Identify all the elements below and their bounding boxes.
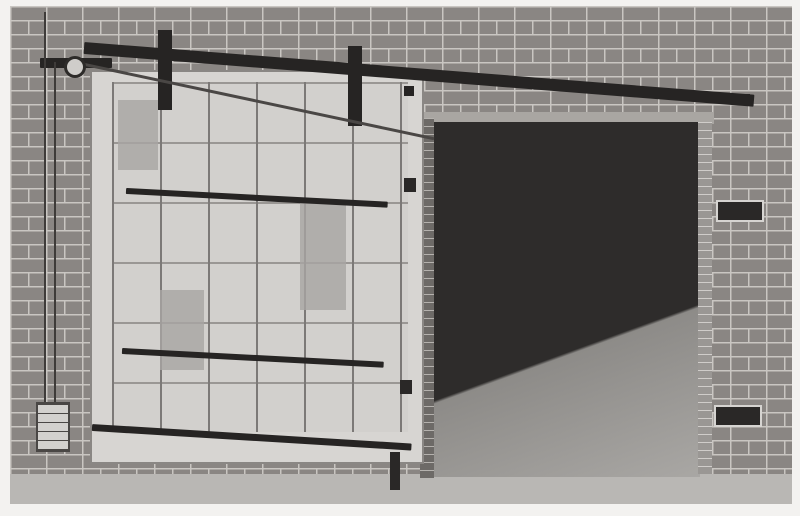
door-floor-guide [390,452,400,490]
counterweight [36,402,70,452]
door-panel-shade [300,200,346,310]
illustration-frame [0,0,800,516]
floor [10,474,792,504]
door-corner-bolt [404,86,414,96]
track-end-bolt [740,94,750,104]
door-latch-lower [400,380,412,394]
door-panel-shade [118,100,158,170]
doorway-floor-light [432,260,700,477]
counterweight-rope [44,12,46,404]
pulley-wheel [64,56,86,78]
door-hanger-left [158,30,172,110]
doorway-right-jamb [698,122,712,474]
door-latch [404,178,416,192]
counterweight-rope-2 [54,62,56,402]
wall-stop-bracket-lower [714,405,762,427]
wall-stop-bracket-upper [716,200,764,222]
door-hanger-right [348,46,362,126]
